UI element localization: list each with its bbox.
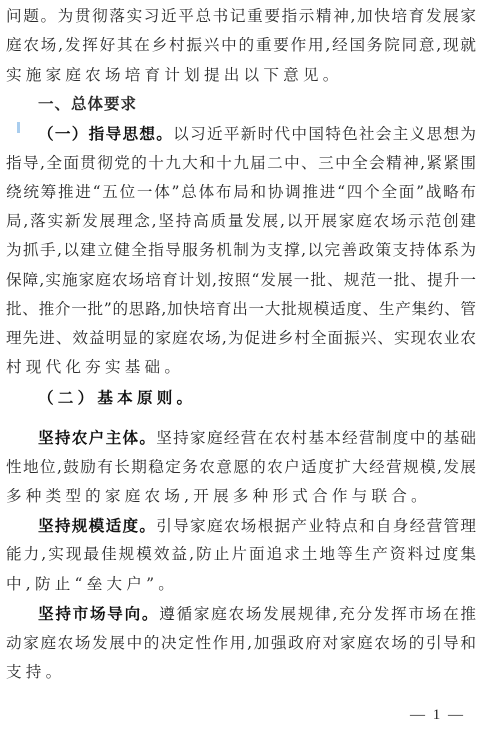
paragraph-line: 绕统筹推进“五位一体”总体布局和协调推进“四个全面”战略布: [6, 178, 476, 207]
paragraph-line: 支持。: [6, 658, 476, 687]
paragraph-line: 村现代化夯实基础。: [6, 353, 476, 382]
paragraph-line: （一）指导思想。以习近平新时代中国特色社会主义思想为: [38, 119, 476, 148]
paragraph-line: 坚持农户主体。坚持家庭经营在农村基本经营制度中的基础: [38, 423, 476, 452]
paragraph-line: 能力,实现最佳规模效益,防止片面追求土地等生产资料过度集: [6, 540, 476, 569]
paragraph-line: 多种类型的家庭农场,开展多种形式合作与联合。: [6, 482, 476, 511]
paragraph-line: 为抓手,以建立健全指导服务机制为支撑,以完善政策支持体系为: [6, 236, 476, 265]
paragraph-line: 批、推介一批”的思路,加快培育出一大批规模适度、生产集约、管: [6, 295, 476, 324]
text-cursor-marker: [17, 122, 20, 133]
paragraph-line: 实施家庭农场培育计划提出以下意见。: [6, 61, 476, 90]
paragraph-line: 庭农场,发挥好其在乡村振兴中的重要作用,经国务院同意,现就: [6, 31, 476, 60]
paragraph-line: 局,落实新发展理念,坚持高质量发展,以开展家庭农场示范创建: [6, 207, 476, 236]
paragraph-line: 动家庭农场发展中的决定性作用,加强政府对家庭农场的引导和: [6, 629, 476, 658]
paragraph-line: 理先进、效益明显的家庭农场,为促进乡村全面振兴、实现农业农: [6, 324, 476, 353]
section-heading: 一、总体要求: [38, 90, 476, 119]
subsection-title: （二）基本原则。: [38, 388, 196, 407]
paragraph-line: 中,防止“垒大户”。: [6, 570, 476, 599]
paragraph-line: 性地位,鼓励有长期稳定务农意愿的农户适度扩大经营规模,发展: [6, 453, 476, 482]
subsection-title: （一）指导思想。: [38, 124, 173, 143]
principle-title: 坚持规模适度。: [38, 516, 156, 535]
paragraph-line: 指导,全面贯彻党的十九大和十九届二中、三中全会精神,紧紧围: [6, 149, 476, 178]
principle-title: 坚持市场导向。: [38, 604, 159, 623]
subsection-heading: （二）基本原则。: [38, 383, 476, 412]
paragraph-line: 坚持规模适度。引导家庭农场根据产业特点和自身经营管理: [38, 511, 476, 540]
paragraph-line: 坚持市场导向。遵循家庭农场发展规律,充分发挥市场在推: [38, 599, 476, 628]
page-number: — 1 —: [410, 707, 465, 724]
paragraph-line: 问题。为贯彻落实习近平总书记重要指示精神,加快培育发展家: [6, 2, 476, 31]
paragraph-line: 保障,实施家庭农场培育计划,按照“发展一批、规范一批、提升一: [6, 266, 476, 295]
principle-title: 坚持农户主体。: [38, 428, 156, 447]
